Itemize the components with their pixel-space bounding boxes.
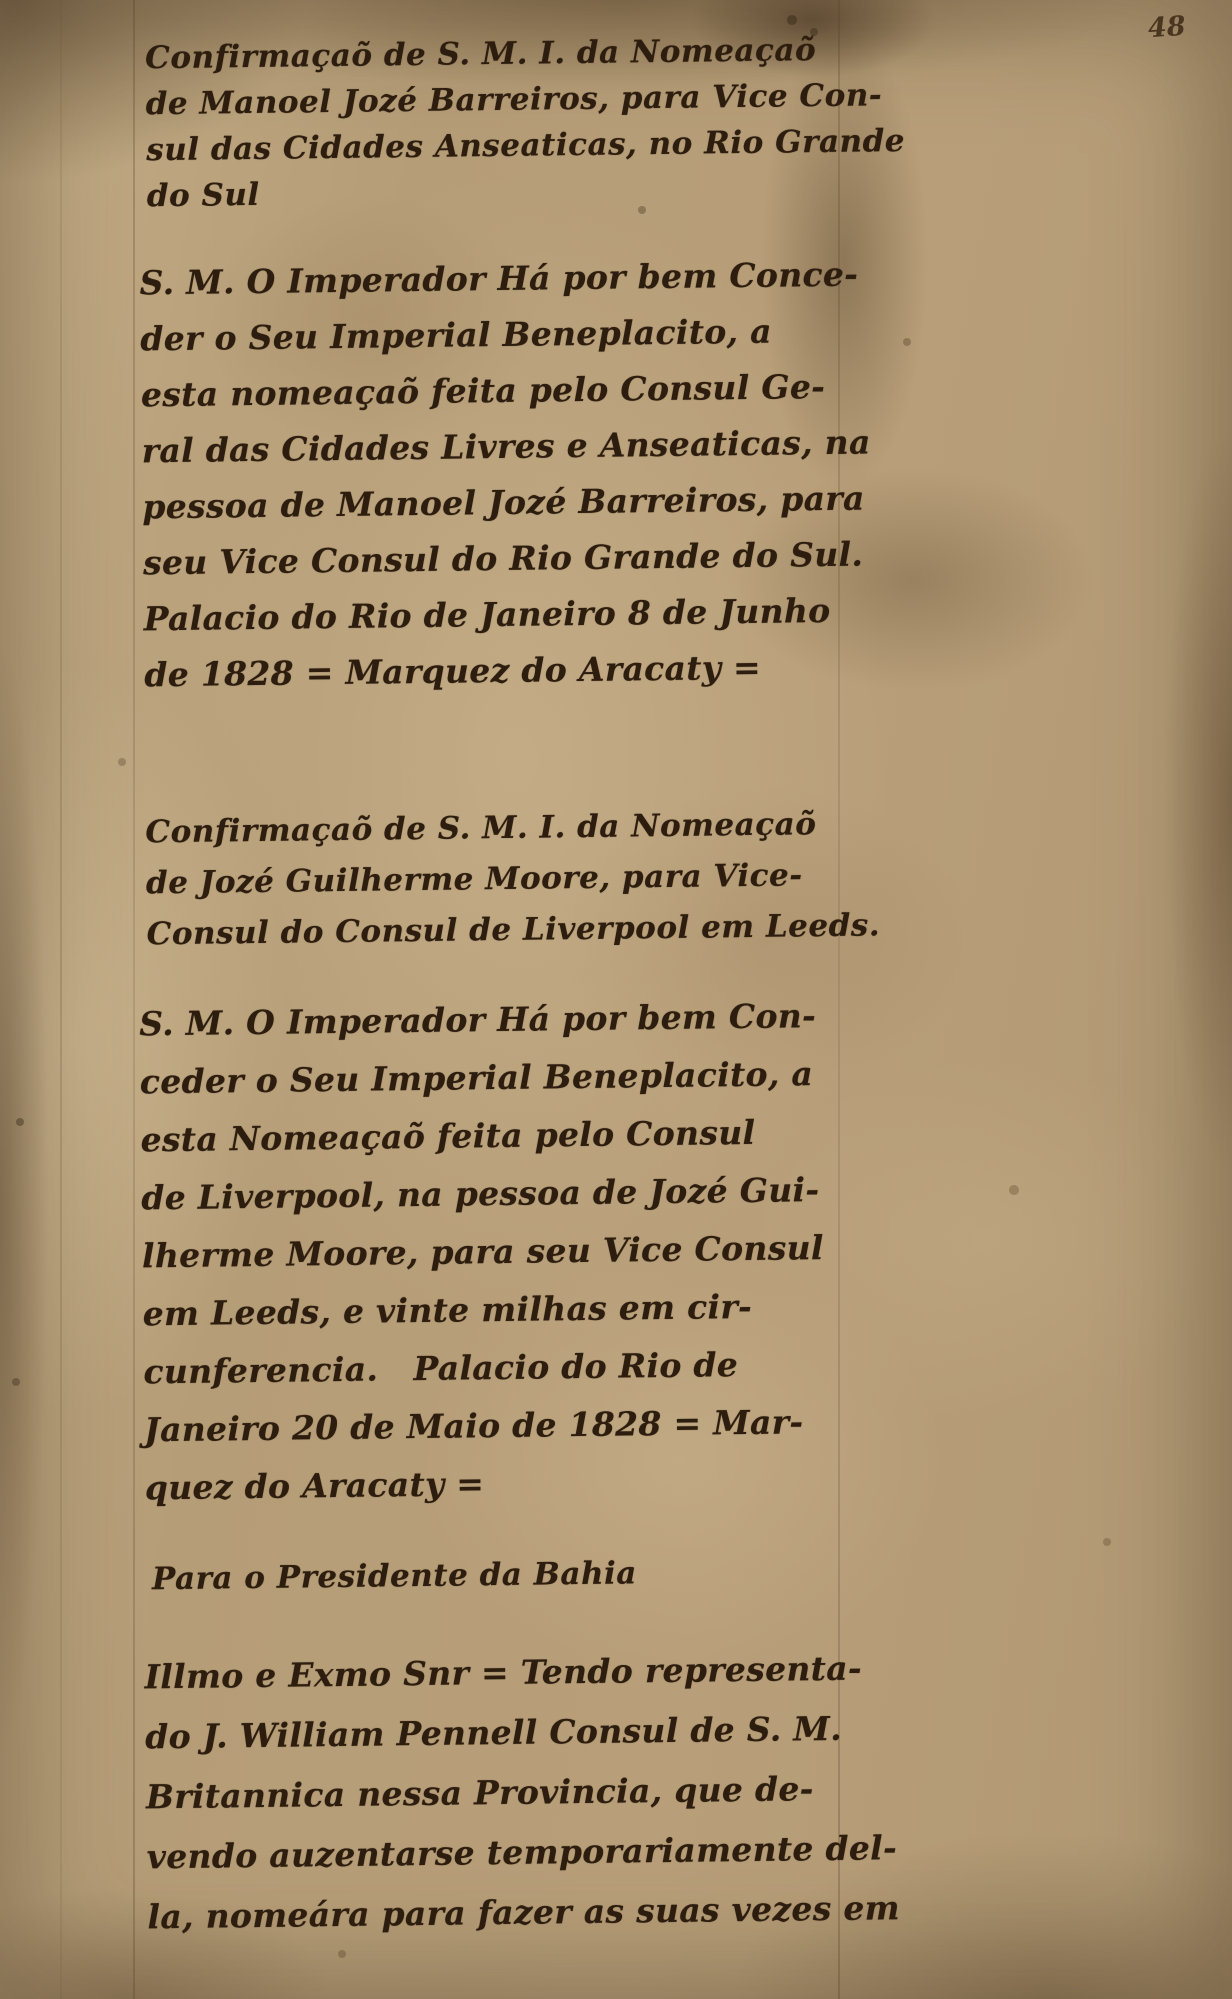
manuscript-line: S. M. O Imperador Há por bem Con- [139, 985, 1020, 1054]
entry-1-heading: Confirmaçaõ de S. M. I. da Nomeaçaõ de M… [145, 25, 1007, 219]
entry-1-body: S. M. O Imperador Há por bem Conce- der … [139, 245, 1024, 704]
margin-line-left [133, 0, 135, 1999]
manuscript-line: quez do Aracaty = [145, 1449, 1026, 1518]
manuscript-line: de 1828 = Marquez do Aracaty = [144, 637, 1025, 704]
manuscript-line: vendo auzentarse temporariamente del- [146, 1817, 1027, 1888]
manuscript-page: 48 Confirmaçaõ de S. M. I. da Nomeaçaõ d… [0, 0, 1232, 1999]
manuscript-line: la, nomeára para fazer as suas vezes em [147, 1877, 1028, 1948]
manuscript-line: Britannica nessa Provincia, que de- [146, 1757, 1027, 1828]
entry-2-body: S. M. O Imperador Há por bem Con- ceder … [139, 985, 1025, 1518]
manuscript-line: Para o Presidente da Bahia [152, 1548, 853, 1603]
manuscript-line: Illmo e Exmo Snr = Tendo representa- [144, 1637, 1025, 1708]
manuscript-line: de Liverpool, na pessoa de Jozé Gui- [141, 1159, 1022, 1228]
manuscript-line: do J. William Pennell Consul de S. M. [145, 1697, 1026, 1768]
manuscript-line: Consul do Consul de Liverpool em Leeds. [146, 899, 1027, 961]
manuscript-line: Janeiro 20 de Maio de 1828 = Mar- [144, 1391, 1025, 1460]
manuscript-line: lherme Moore, para seu Vice Consul [142, 1217, 1023, 1286]
entry-3-heading: Para o Presidente da Bahia [152, 1548, 853, 1603]
entry-3-body: Illmo e Exmo Snr = Tendo representa- do … [144, 1637, 1028, 1948]
manuscript-line: cunferencia. Palacio do Rio de [143, 1333, 1024, 1402]
manuscript-line: ceder o Seu Imperial Beneplacito, a [140, 1043, 1021, 1112]
ink-specks [0, 0, 4, 4]
folio-number: 48 [1147, 11, 1187, 45]
manuscript-line: em Leeds, e vinte milhas em cir- [142, 1275, 1023, 1344]
fold-line-left-outer [60, 0, 62, 1999]
manuscript-line: esta Nomeaçaõ feita pelo Consul [140, 1101, 1021, 1170]
entry-2-heading: Confirmaçaõ de S. M. I. da Nomeaçaõ de J… [145, 797, 1027, 961]
